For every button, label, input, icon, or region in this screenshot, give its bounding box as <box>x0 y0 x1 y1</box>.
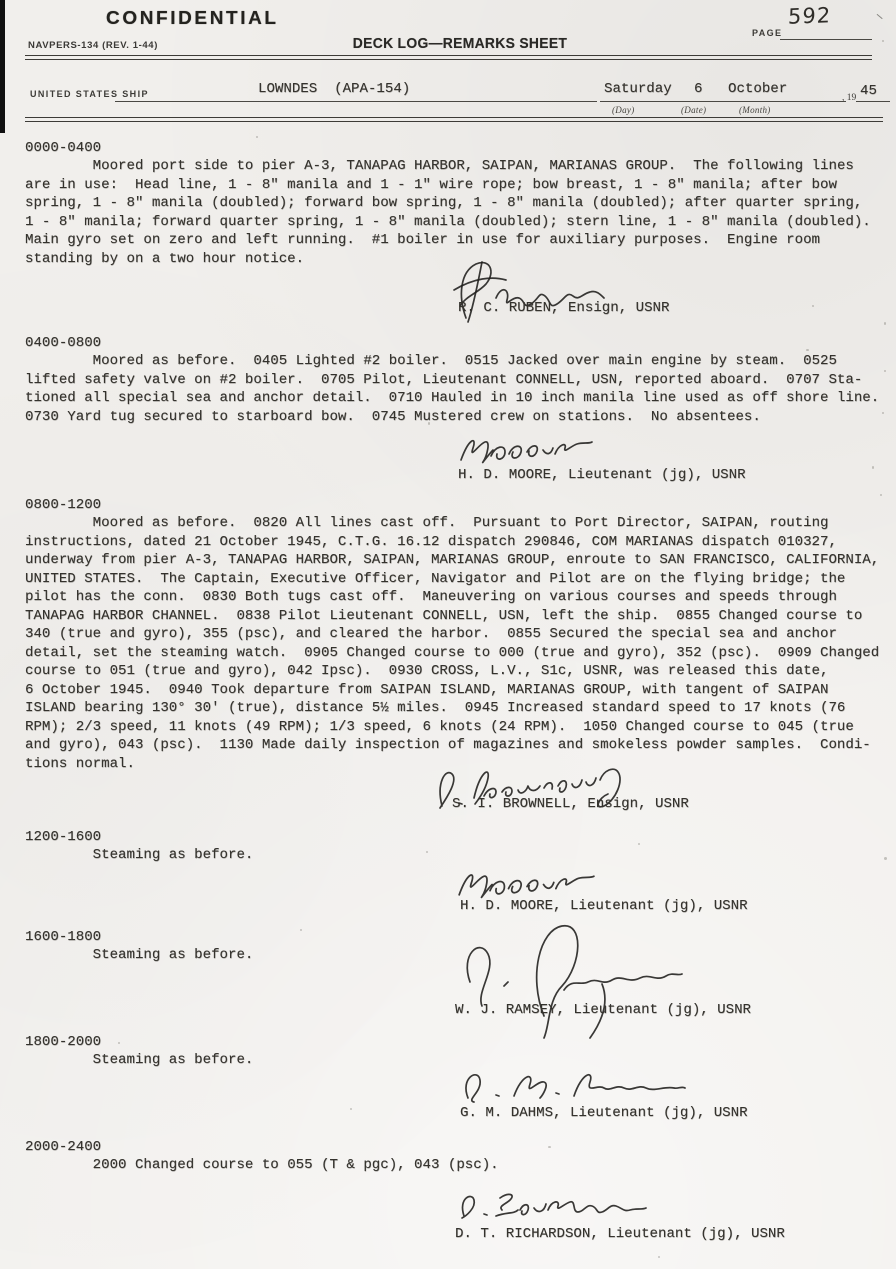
signature-handwriting <box>455 432 595 467</box>
signature-handwriting <box>452 1066 687 1108</box>
signature-handwriting <box>452 1188 652 1226</box>
entry-time-heading: 0400-0800 <box>25 334 101 353</box>
date-line <box>600 101 846 102</box>
scan-speck <box>118 1042 120 1044</box>
scan-speck <box>884 370 886 372</box>
scan-speck <box>872 466 874 469</box>
classification-stamp: CONFIDENTIAL <box>106 8 279 29</box>
month-caption: (Month) <box>739 105 771 115</box>
signature-typed-name: H. D. MOORE, Lieutenant (jg), USNR <box>460 897 748 916</box>
scan-speck <box>884 857 887 860</box>
scan-speck <box>428 422 430 425</box>
log-month: October <box>728 80 787 99</box>
scan-speck <box>882 412 884 414</box>
signature-typed-name: S. I. BROWNELL, Ensign, USNR <box>452 795 689 814</box>
form-title: DECK LOG—REMARKS SHEET <box>47 36 873 52</box>
ship-name-line <box>115 101 597 102</box>
entry-remarks-text: 2000 Changed course to 055 (T & pgc), 04… <box>25 1156 887 1175</box>
log-day: Saturday <box>604 80 672 99</box>
scan-speck <box>884 322 886 325</box>
scan-speck <box>658 1256 660 1258</box>
deck-log-page: CONFIDENTIAL PAGE 592 NAVPERS-134 (REV. … <box>0 0 896 1269</box>
signature-block <box>452 1066 687 1108</box>
signature-typed-name: G. M. DAHMS, Lieutenant (jg), USNR <box>460 1104 748 1123</box>
scan-speck <box>350 1108 352 1110</box>
scan-speck <box>548 1146 551 1148</box>
scan-speck <box>882 40 884 42</box>
entry-time-heading: 1600-1800 <box>25 928 101 947</box>
signature-typed-name: D. T. RICHARDSON, Lieutenant (jg), USNR <box>455 1225 785 1244</box>
entry-time-heading: 1200-1600 <box>25 828 101 847</box>
divider-rule <box>25 117 883 122</box>
divider-rule <box>25 55 872 60</box>
log-date: 6 <box>694 80 702 99</box>
scan-mark <box>876 14 882 20</box>
day-caption: (Day) <box>612 105 635 115</box>
scan-speck <box>426 851 428 853</box>
signature-typed-name: H. D. MOORE, Lieutenant (jg), USNR <box>458 466 746 485</box>
date-caption: (Date) <box>681 105 706 115</box>
signature-handwriting <box>438 256 608 331</box>
year-prefix: , 19 <box>842 93 856 103</box>
ship-label: UNITED STATES SHIP <box>30 89 149 99</box>
entry-remarks-text: Moored as before. 0820 All lines cast of… <box>25 514 887 773</box>
entry-time-heading: 1800-2000 <box>25 1033 101 1052</box>
signature-typed-name: R. C. RUBEN, Ensign, USNR <box>458 299 669 318</box>
entry-time-heading: 0000-0400 <box>25 139 101 158</box>
log-year: 45 <box>860 82 877 101</box>
ship-name: LOWNDES (APA-154) <box>258 80 410 99</box>
signature-block <box>452 1188 652 1226</box>
scan-speck <box>880 494 882 496</box>
signature-block <box>452 920 687 1045</box>
year-line <box>856 101 890 102</box>
signature-typed-name: W. J. RAMSEY, Lieutenant (jg), USNR <box>455 1001 751 1020</box>
scan-speck <box>300 929 302 931</box>
scan-edge-artifact <box>0 0 5 133</box>
scan-speck <box>812 305 814 307</box>
entry-remarks-text: Moored port side to pier A-3, TANAPAG HA… <box>25 157 887 268</box>
signature-block <box>455 432 595 467</box>
scan-speck <box>806 349 809 351</box>
entry-time-heading: 0800-1200 <box>25 496 101 515</box>
entry-remarks-text: Moored as before. 0405 Lighted #2 boiler… <box>25 352 887 426</box>
entry-remarks-text: Steaming as before. <box>25 846 887 865</box>
signature-block <box>438 256 608 331</box>
scan-speck <box>638 843 640 845</box>
entry-time-heading: 2000-2400 <box>25 1138 101 1157</box>
signature-handwriting <box>452 920 687 1045</box>
page-number-handwritten: 592 <box>788 3 832 29</box>
scan-speck <box>256 136 258 138</box>
